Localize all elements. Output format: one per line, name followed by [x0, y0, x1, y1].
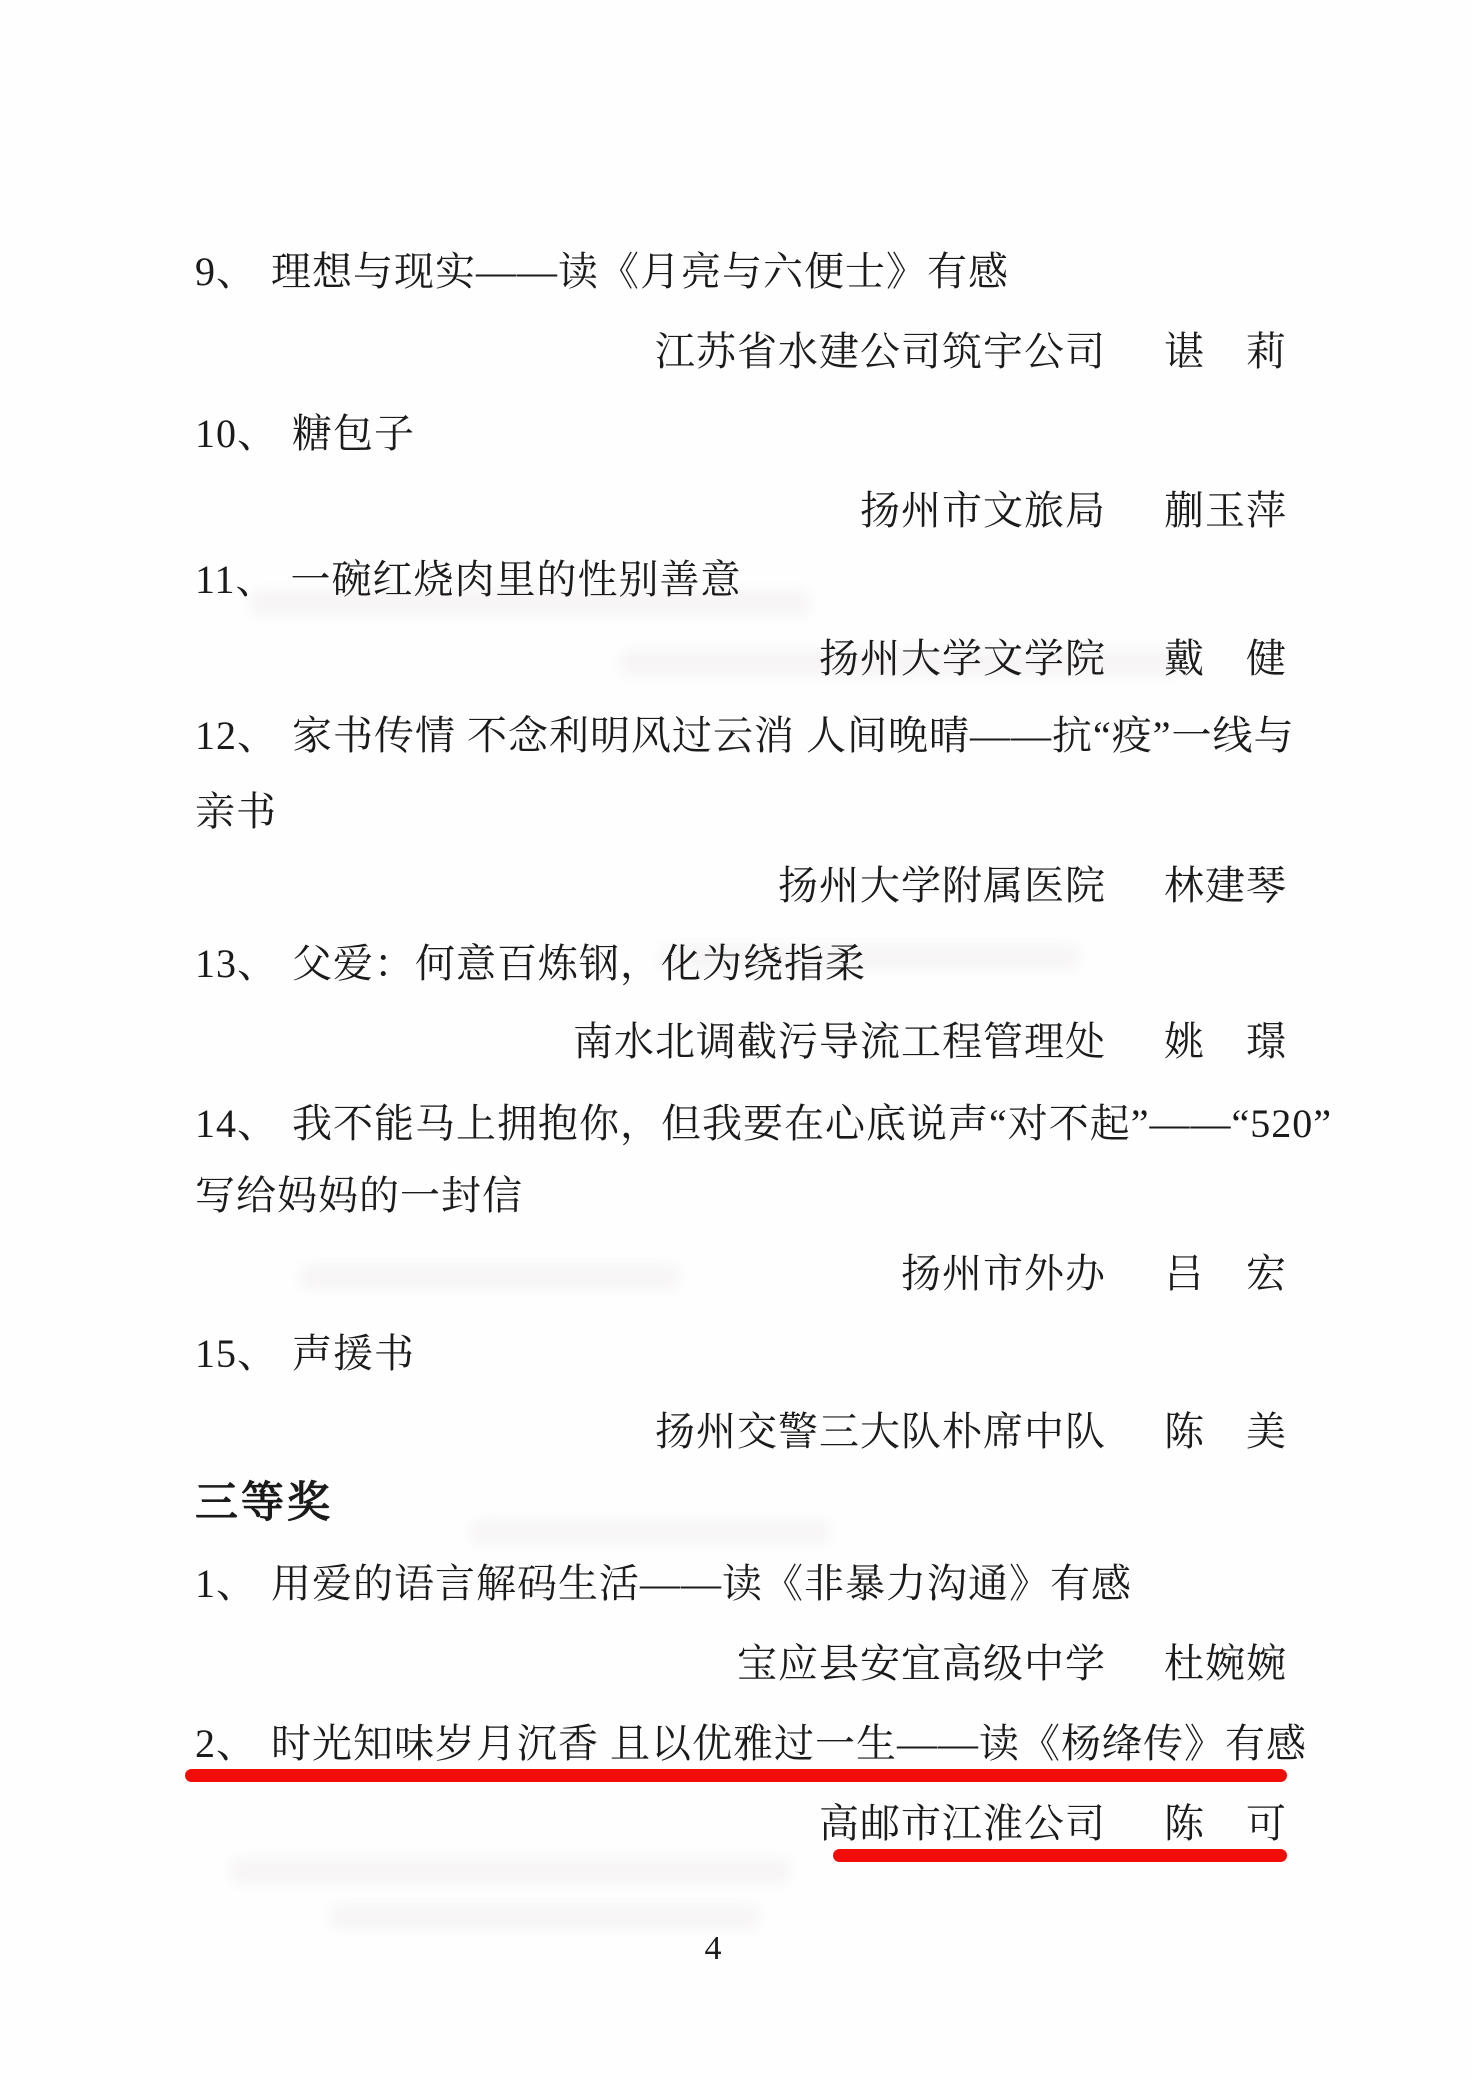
entry-author-name: 蒯玉萍 — [1164, 487, 1287, 535]
entry-author-line: 扬州市文旅局蒯玉萍 — [195, 487, 1287, 535]
entry-title: 声援书 — [292, 1331, 415, 1376]
entry-number: 1、 — [195, 1560, 257, 1608]
entry-author-line: 扬州交警三大队朴席中队陈 美 — [195, 1408, 1287, 1456]
red-underline-author — [833, 1849, 1287, 1862]
entry-author-name: 杜婉婉 — [1164, 1640, 1287, 1688]
entry-title-line: 15、声援书 — [195, 1330, 1287, 1378]
entry-title-line: 13、父爱：何意百炼钢，化为绕指柔 — [195, 940, 1287, 988]
entry-org: 扬州交警三大队朴席中队 — [655, 1409, 1106, 1454]
entry-title-line: 9、理想与现实——读《月亮与六便士》有感 — [195, 248, 1287, 296]
section-heading-third-prize: 三等奖 — [195, 1478, 1287, 1530]
entry-number: 12、 — [195, 712, 278, 760]
entry-title-line: 11、一碗红烧肉里的性别善意 — [195, 556, 1287, 604]
entry-title: 父爱：何意百炼钢，化为绕指柔 — [292, 941, 866, 986]
entry-title-line: 亲书 — [195, 788, 1287, 836]
entry-number: 11、 — [195, 556, 277, 604]
entry-title: 时光知味岁月沉香 且以优雅过一生——读《杨绛传》有感 — [271, 1721, 1307, 1766]
entry-org: 扬州大学附属医院 — [778, 863, 1106, 908]
entry-author-line: 宝应县安宜高级中学杜婉婉 — [195, 1640, 1287, 1688]
entry-author-name: 姚 璟 — [1164, 1018, 1287, 1066]
entry-title-line: 10、糖包子 — [195, 410, 1287, 458]
scanned-document-page: 9、理想与现实——读《月亮与六便士》有感 江苏省水建公司筑宇公司谌 莉 10、糖… — [0, 0, 1472, 2080]
entry-title: 我不能马上拥抱你，但我要在心底说声“对不起”——“520” — [292, 1101, 1332, 1146]
entry-title: 家书传情 不念利明风过云消 人间晚晴——抗“疫”一线与 — [292, 713, 1295, 758]
entry-author-line: 南水北调截污导流工程管理处姚 璟 — [195, 1018, 1287, 1066]
entry-title-line: 14、我不能马上拥抱你，但我要在心底说声“对不起”——“520” — [195, 1100, 1287, 1148]
entry-author-name: 戴 健 — [1164, 635, 1287, 683]
entry-org: 扬州市外办 — [901, 1251, 1106, 1296]
red-underline-title — [185, 1769, 1287, 1782]
entry-author-line: 扬州大学附属医院林建琴 — [195, 862, 1287, 910]
bleed-through-smudge — [330, 1905, 760, 1929]
entry-title: 一碗红烧肉里的性别善意 — [291, 557, 742, 602]
entry-author-line: 江苏省水建公司筑宇公司谌 莉 — [195, 328, 1287, 376]
entry-org: 南水北调截污导流工程管理处 — [573, 1019, 1106, 1064]
entry-number: 14、 — [195, 1100, 278, 1148]
entry-org: 扬州大学文学院 — [819, 636, 1106, 681]
entry-title-line: 12、家书传情 不念利明风过云消 人间晚晴——抗“疫”一线与 — [195, 712, 1287, 760]
entry-title-line: 2、时光知味岁月沉香 且以优雅过一生——读《杨绛传》有感 — [195, 1720, 1287, 1768]
entry-org: 宝应县安宜高级中学 — [737, 1641, 1106, 1686]
entry-number: 10、 — [195, 410, 278, 458]
entry-number: 13、 — [195, 940, 278, 988]
entry-author-name: 林建琴 — [1164, 862, 1287, 910]
entry-author-name: 谌 莉 — [1164, 328, 1287, 376]
entry-author-line: 高邮市江淮公司陈 可 — [195, 1800, 1287, 1848]
bleed-through-smudge — [230, 1858, 790, 1884]
entry-title: 理想与现实——读《月亮与六便士》有感 — [271, 249, 1009, 294]
entry-number: 2、 — [195, 1720, 257, 1768]
entry-title: 写给妈妈的一封信 — [195, 1173, 523, 1218]
entry-author-name: 陈 可 — [1164, 1800, 1287, 1848]
entry-author-name: 吕 宏 — [1164, 1250, 1287, 1298]
page-number: 4 — [0, 1930, 1426, 1968]
entry-title-line: 写给妈妈的一封信 — [195, 1172, 1287, 1220]
entry-title-line: 1、用爱的语言解码生活——读《非暴力沟通》有感 — [195, 1560, 1287, 1608]
entry-author-name: 陈 美 — [1164, 1408, 1287, 1456]
entry-org: 高邮市江淮公司 — [819, 1801, 1106, 1846]
entry-author-line: 扬州市外办吕 宏 — [195, 1250, 1287, 1298]
entry-author-line: 扬州大学文学院戴 健 — [195, 635, 1287, 683]
entry-org: 扬州市文旅局 — [860, 488, 1106, 533]
entry-title: 用爱的语言解码生活——读《非暴力沟通》有感 — [271, 1561, 1132, 1606]
entry-number: 9、 — [195, 248, 257, 296]
entry-org: 江苏省水建公司筑宇公司 — [655, 329, 1106, 374]
entry-title: 亲书 — [195, 789, 277, 834]
entry-title: 糖包子 — [292, 411, 415, 456]
entry-number: 15、 — [195, 1330, 278, 1378]
